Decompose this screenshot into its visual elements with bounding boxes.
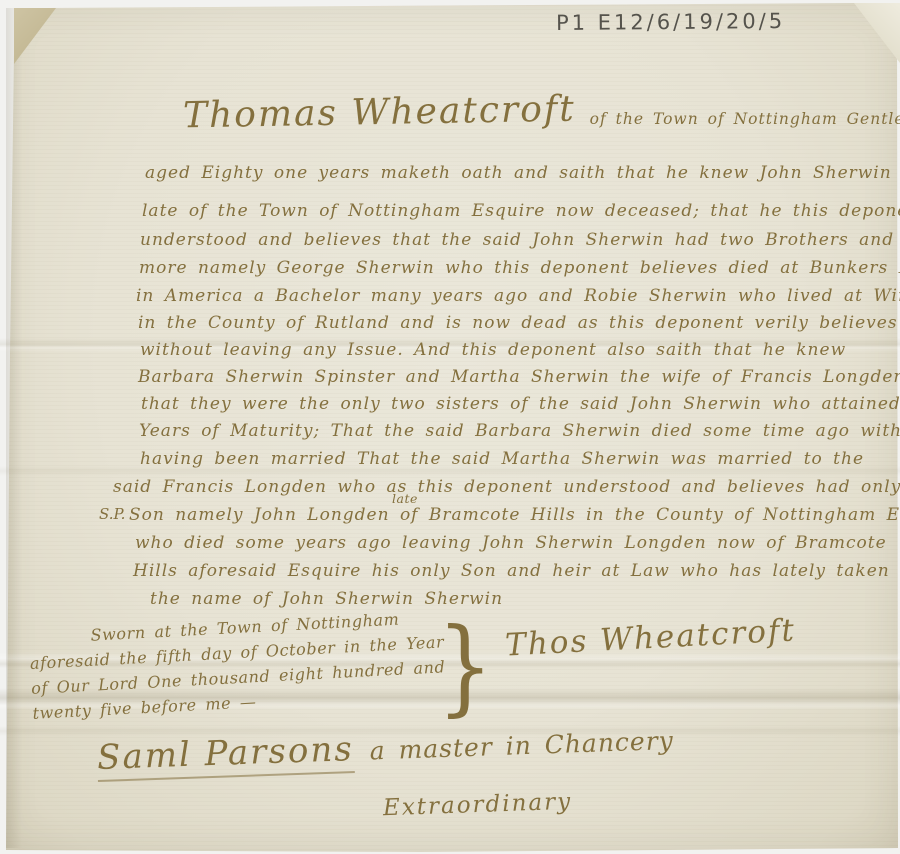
deposition-line: more namely George Sherwin who this depo… <box>139 255 900 281</box>
document-heading: Thomas Wheatcroft of the Town of Notting… <box>183 92 900 133</box>
heading-name: Thomas Wheatcroft <box>183 89 576 137</box>
document-scan: P1 E12/6/19/20/5 Thomas Wheatcroft of th… <box>0 0 900 854</box>
deposition-line: aged Eighty one years maketh oath and sa… <box>145 160 892 186</box>
official-signature-name: Saml Parsons <box>96 729 354 782</box>
deposition-line: Hills aforesaid Esquire his only Son and… <box>133 558 890 584</box>
deposition-line: that they were the only two sisters of t… <box>141 391 900 417</box>
jurat-brace: } <box>437 616 493 716</box>
deposition-line: without leaving any Issue. And this depo… <box>140 337 846 363</box>
deposition-line: said Francis Longden who as this deponen… <box>113 474 900 500</box>
official-signature-title: a master in Chancery <box>369 726 674 766</box>
deposition-line: Son namely John Longden of Bramcote Hill… <box>129 502 900 528</box>
deposition-line: late of the Town of Nottingham Esquire n… <box>142 198 900 224</box>
marginal-initials: S.P. <box>99 505 125 523</box>
interlineation-late: late <box>392 491 418 506</box>
deposition-line: Barbara Sherwin Spinster and Martha Sher… <box>138 364 900 390</box>
archive-reference: P1 E12/6/19/20/5 <box>556 9 785 35</box>
deposition-line: in the County of Rutland and is now dead… <box>138 310 898 336</box>
deposition-line: having been married That the said Martha… <box>140 446 864 472</box>
deposition-line: in America a Bachelor many years ago and… <box>136 283 900 309</box>
deposition-line: understood and believes that the said Jo… <box>140 227 900 253</box>
deposition-line: who died some years ago leaving John She… <box>135 530 887 556</box>
deposition-line: Years of Maturity; That the said Barbara… <box>139 418 900 444</box>
heading-suffix: of the Town of Nottingham Gentleman <box>590 110 900 128</box>
